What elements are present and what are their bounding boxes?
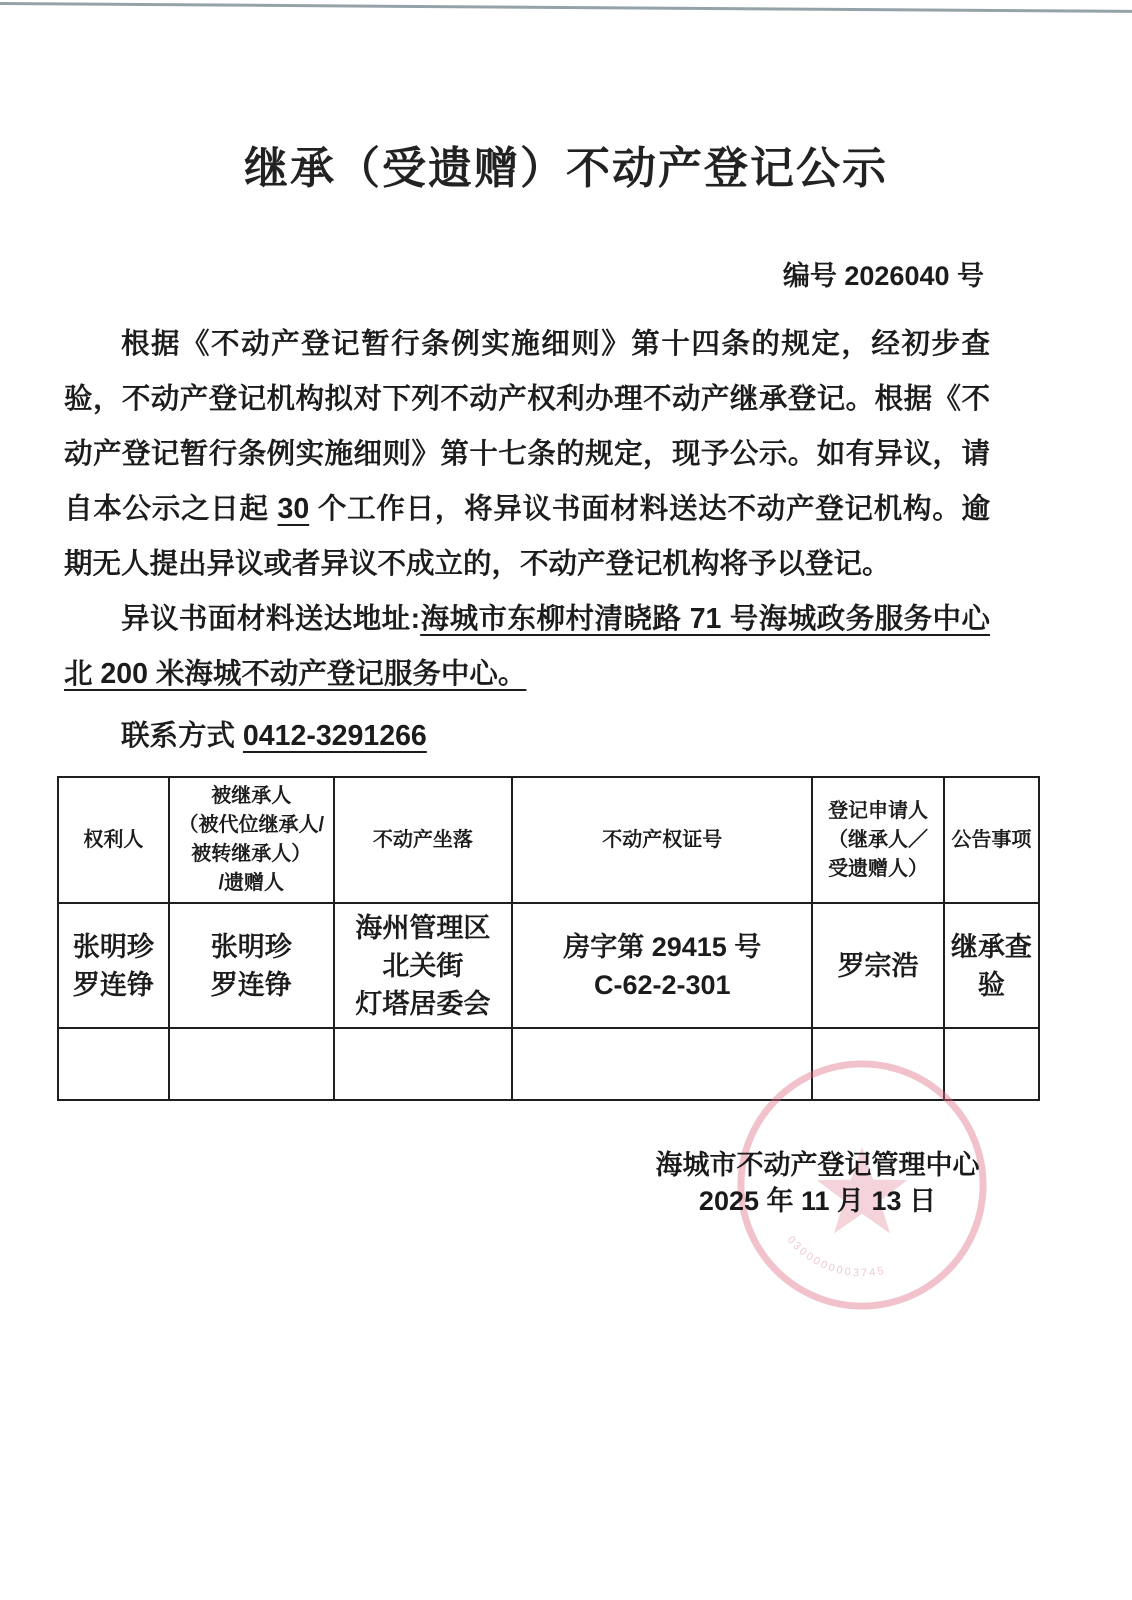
body-paragraph-2: 异议书面材料送达地址:海城市东柳村清晓路 71 号海城政务服务中心北 200 米… — [64, 592, 990, 702]
objection-days-value: 30 — [277, 493, 309, 525]
document-number: 编号 2026040 号 — [0, 254, 1132, 293]
contact-phone: 0412-3291266 — [243, 720, 427, 752]
header-certificate-number: 不动产权证号 — [512, 777, 812, 903]
contact-line: 联系方式 0412-3291266 — [64, 710, 990, 762]
body-paragraph-1: 根据《不动产登记暂行条例实施细则》第十四条的规定，经初步查验，不动产登记机构拟对… — [64, 317, 990, 592]
issue-date: 2025 年 11 月 13 日 — [645, 1183, 990, 1219]
seal-serial-number: 0300000003745 — [785, 1234, 888, 1279]
document-page: 继承（受遗赠）不动产登记公示 编号 2026040 号 根据《不动产登记暂行条例… — [0, 0, 1132, 1600]
footer-signature: 海城市不动产登记管理中心 2025 年 11 月 13 日 — [645, 1147, 990, 1219]
cell-empty — [58, 1028, 169, 1100]
registration-table: 权利人 被继承人 （被代位继承人/被转继承人） /遗赠人 不动产坐落 不动产权证… — [57, 776, 1040, 1101]
header-applicant: 登记申请人 （继承人／受遗赠人） — [812, 777, 943, 903]
header-decedent: 被继承人 （被代位继承人/被转继承人） /遗赠人 — [169, 777, 334, 903]
contact-label: 联系方式 — [121, 720, 243, 752]
address-label: 异议书面材料送达地址: — [121, 603, 420, 635]
cell-empty — [334, 1028, 513, 1100]
cell-right-holder: 张明珍 罗连铮 — [58, 903, 169, 1028]
cell-certificate-number: 房字第 29415 号 C-62-2-301 — [512, 903, 812, 1028]
seal-arc-path — [756, 1291, 968, 1314]
cell-empty — [169, 1028, 334, 1100]
cell-decedent: 张明珍 罗连铮 — [169, 903, 334, 1028]
issuing-organization: 海城市不动产登记管理中心 — [645, 1147, 990, 1183]
cell-property-location: 海州管理区 北关街 灯塔居委会 — [334, 903, 513, 1028]
document-title: 继承（受遗赠）不动产登记公示 — [0, 132, 1132, 196]
scan-edge-line — [0, 2, 1132, 13]
header-right-holder: 权利人 — [58, 777, 169, 903]
cell-applicant: 罗宗浩 — [812, 903, 943, 1028]
header-property-location: 不动产坐落 — [334, 777, 513, 903]
cell-notice-matter: 继承查验 — [944, 903, 1039, 1028]
table-row: 张明珍 罗连铮 张明珍 罗连铮 海州管理区 北关街 灯塔居委会 房字第 2941… — [58, 903, 1039, 1028]
header-notice-matter: 公告事项 — [944, 777, 1039, 903]
table-header-row: 权利人 被继承人 （被代位继承人/被转继承人） /遗赠人 不动产坐落 不动产权证… — [58, 777, 1039, 903]
